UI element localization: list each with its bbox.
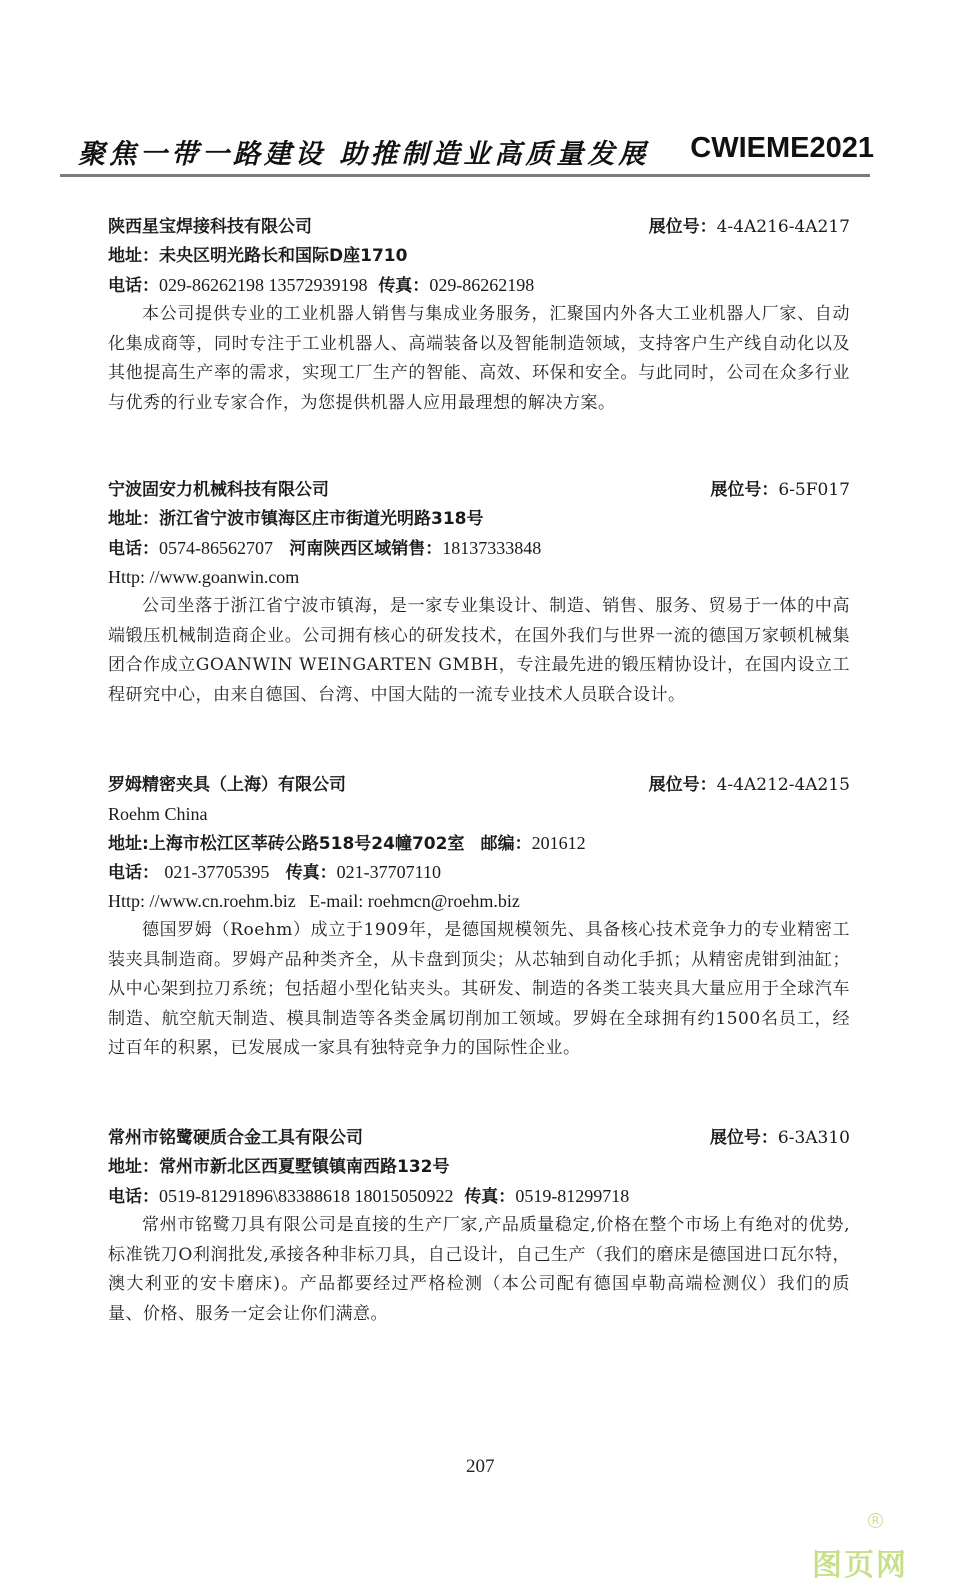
company-description: 常州市铭鹭刀具有限公司是直接的生产厂家,产品质量稳定,价格在整个市场上有绝对的优… — [108, 1211, 850, 1329]
fax: 021-37707110 — [337, 862, 441, 882]
header-slogan: 聚焦一带一路建设 助推制造业高质量发展 — [78, 132, 649, 171]
address: 常州市新北区西夏墅镇镇南西路132号 — [159, 1157, 450, 1177]
web-email-line: Http: //www.cn.roehm.biz E-mail: roehmcn… — [108, 887, 850, 916]
company-name: 宁波固安力机械科技有限公司 — [108, 480, 329, 500]
booth-number: 展位号：4-4A212-4A215 — [649, 771, 850, 800]
company-name: 罗姆精密夹具（上海）有限公司 — [108, 775, 346, 795]
exhibitor-entry: 常州市铭鹭硬质合金工具有限公司 展位号：6-3A310 地址：常州市新北区西夏墅… — [108, 1124, 850, 1329]
phone: 029-86262198 13572939198 — [159, 275, 368, 295]
sales-phone: 18137333848 — [442, 538, 541, 558]
email-link[interactable]: roehmcn@roehm.biz — [368, 891, 520, 911]
website-link[interactable]: Http: //www.goanwin.com — [108, 563, 850, 592]
exhibitor-entry: 陕西星宝焊接科技有限公司 展位号：4-4A216-4A217 地址：未央区明光路… — [108, 213, 850, 418]
booth-number: 展位号：4-4A216-4A217 — [649, 213, 850, 242]
page-header: 聚焦一带一路建设 助推制造业高质量发展 CWIEME2021 — [68, 128, 874, 172]
address-line: 地址:上海市松江区莘砖公路518号24幢702室 邮编：201612 — [108, 829, 850, 858]
address-line: 地址：常州市新北区西夏墅镇镇南西路132号 — [108, 1153, 850, 1182]
company-description: 德国罗姆（Roehm）成立于1909年，是德国规模领先、具备核心技术竞争力的专业… — [108, 916, 850, 1064]
phone: 0519-81291896\83388618 18015050922 — [159, 1186, 454, 1206]
phone: 021-37705395 — [164, 862, 269, 882]
address-line: 地址：未央区明光路长和国际D座1710 — [108, 242, 850, 271]
registered-mark-icon: R — [868, 1513, 883, 1528]
header-brand: CWIEME2021 — [690, 132, 874, 165]
contact-line: 电话：0574-86562707 河南陕西区域销售：18137333848 — [108, 534, 850, 563]
exhibitor-entry: 罗姆精密夹具（上海）有限公司 展位号：4-4A212-4A215 Roehm C… — [108, 771, 850, 1064]
page-number: 207 — [466, 1456, 495, 1478]
fax: 0519-81299718 — [515, 1186, 629, 1206]
fax: 029-86262198 — [429, 275, 534, 295]
contact-line: 电话：029-86262198 13572939198 传真：029-86262… — [108, 271, 850, 300]
contact-line: 电话： 021-37705395 传真：021-37707110 — [108, 858, 850, 887]
address: 上海市松江区莘砖公路518号24幢702室 — [149, 834, 465, 854]
address: 未央区明光路长和国际D座1710 — [159, 246, 407, 266]
phone: 0574-86562707 — [159, 538, 273, 558]
website-link[interactable]: Http: //www.cn.roehm.biz — [108, 891, 296, 911]
company-name: 常州市铭鹭硬质合金工具有限公司 — [108, 1128, 363, 1148]
address-line: 地址：浙江省宁波市镇海区庄市街道光明路318号 — [108, 505, 850, 534]
watermark-logo: 图页网 — [812, 1540, 908, 1584]
company-name: 陕西星宝焊接科技有限公司 — [108, 217, 312, 237]
booth-number: 展位号：6-5F017 — [710, 476, 850, 505]
postcode: 201612 — [532, 833, 586, 853]
company-description: 本公司提供专业的工业机器人销售与集成业务服务，汇聚国内外各大工业机器人厂家、自动… — [108, 300, 850, 418]
contact-line: 电话：0519-81291896\83388618 18015050922 传真… — [108, 1182, 850, 1211]
company-description: 公司坐落于浙江省宁波市镇海，是一家专业集设计、制造、销售、服务、贸易于一体的中高… — [108, 592, 850, 710]
exhibitor-entry: 宁波固安力机械科技有限公司 展位号：6-5F017 地址：浙江省宁波市镇海区庄市… — [108, 476, 850, 710]
address: 浙江省宁波市镇海区庄市街道光明路318号 — [159, 509, 484, 529]
company-name-en: Roehm China — [108, 800, 850, 829]
header-divider — [60, 174, 870, 177]
booth-number: 展位号：6-3A310 — [710, 1124, 850, 1153]
